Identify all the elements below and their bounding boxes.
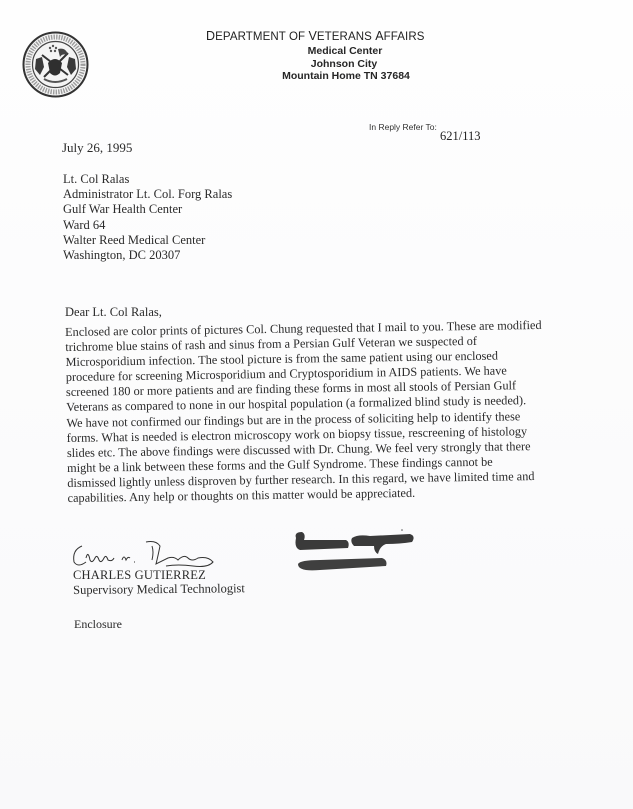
letter-date: July 26, 1995: [62, 140, 132, 156]
letter-page: DEPARTMENT OF VETERANS AFFAIRS Medical C…: [0, 0, 633, 809]
redacted-signature-icon: [290, 528, 430, 580]
letterhead-line-city: Johnson City: [208, 58, 480, 71]
address-line: Walter Reed Medical Center: [63, 233, 232, 248]
address-line: Administrator Lt. Col. Forg Ralas: [63, 187, 232, 202]
letterhead: DEPARTMENT OF VETERANS AFFAIRS Medical C…: [180, 29, 480, 83]
address-line: Washington, DC 20307: [63, 248, 232, 263]
letter-body: Enclosed are color prints of pictures Co…: [65, 317, 633, 507]
address-line: Lt. Col Ralas: [63, 172, 232, 187]
va-seal-icon: [22, 31, 89, 98]
salutation: Dear Lt. Col Ralas,: [65, 305, 162, 320]
enclosure-note: Enclosure: [74, 617, 122, 632]
signer-title: Supervisory Medical Technologist: [73, 581, 245, 598]
reply-refer-code: 621/113: [440, 129, 481, 144]
reply-refer-label: In Reply Refer To:: [369, 122, 437, 132]
address-line: Ward 64: [63, 218, 232, 233]
letterhead-line-address: Mountain Home TN 37684: [212, 70, 480, 83]
signer-name: CHARLES GUTIERREZ: [73, 568, 206, 583]
letterhead-line-medical-center: Medical Center: [210, 45, 480, 58]
department-name: DEPARTMENT OF VETERANS AFFAIRS: [180, 29, 480, 45]
address-line: Gulf War Health Center: [63, 202, 232, 217]
recipient-address: Lt. Col Ralas Administrator Lt. Col. For…: [63, 172, 232, 263]
